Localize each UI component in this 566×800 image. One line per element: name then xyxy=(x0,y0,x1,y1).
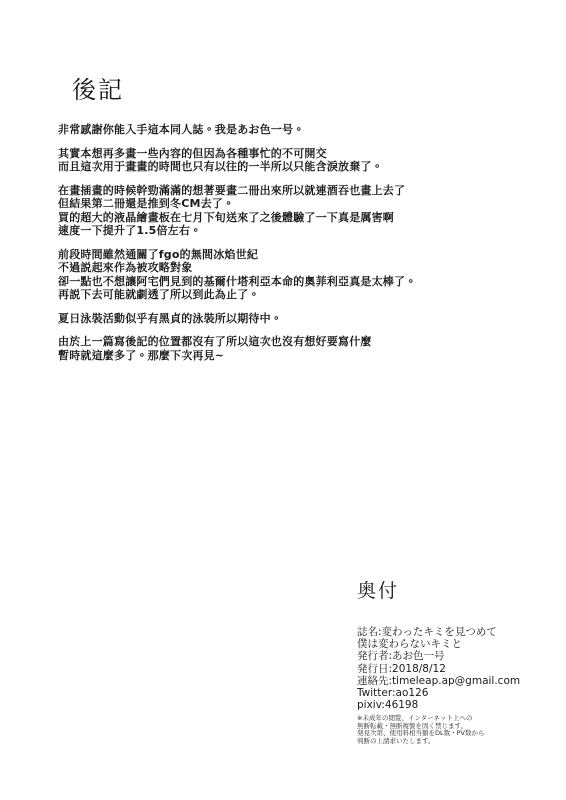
afterword-text-line: 再説下去可能就劇透了所以到此為止了。 xyxy=(58,288,260,301)
colophon-twitter-handle: Twitter:ao126 xyxy=(357,687,557,699)
afterword-text-line: 但結果第二冊還是推到冬CM去了。 xyxy=(58,197,234,210)
afterword-text-line: 卻一點也不想讓阿宅們見到的基爾什塔利亞本命的奧菲利亞真是太棒了。 xyxy=(58,275,416,288)
afterword-text-line: 暫時就這麼多了。那麼下次再見~ xyxy=(58,349,224,362)
colophon-copyright-notice: ※未成年の閲覧、インターネット上への 無断転載・無断複製を固く禁じます。 発見次… xyxy=(357,715,557,745)
afterword-text-line: 其實本想再多畫一些內容的但因為各種事忙的不可開交 xyxy=(58,147,327,160)
afterword-text-line: 由於上一篇寫後記的位置都沒有了所以這次也沒有想好要寫什麼 xyxy=(58,335,372,348)
afterword-paragraph: 在畫插畫的時候幹勁滿滿的想著要畫二冊出來所以就連酒吞也畫上去了 但結果第二冊還是… xyxy=(58,184,528,238)
afterword-text-line: 夏日泳裝活動似乎有黑貞的泳裝所以期待中。 xyxy=(58,312,282,325)
colophon-title: 奥付 xyxy=(357,579,557,603)
colophon-publisher: 発行者:あお色一号 xyxy=(357,650,557,662)
colophon-contact-email: 連絡先:timeleap.ap@gmail.com xyxy=(357,675,557,687)
afterword-paragraph: 由於上一篇寫後記的位置都沒有了所以這次也沒有想好要寫什麼 暫時就這麼多了。那麼下… xyxy=(58,335,528,362)
afterword-body: 非常感謝你能入手這本同人誌。我是あお色一号。 其實本想再多畫一些內容的但因為各種… xyxy=(58,123,528,362)
afterword-text-line: 非常感謝你能入手這本同人誌。我是あお色一号。 xyxy=(58,123,304,136)
afterword-text-line: 前段時間雖然通關了fgo的無間冰焰世紀 xyxy=(58,248,258,261)
colophon-book-title-line1: 誌名:変わったキミを見つめて xyxy=(357,626,557,638)
afterword-section: 後記 非常感謝你能入手這本同人誌。我是あお色一号。 其實本想再多畫一些內容的但因… xyxy=(58,76,528,372)
afterword-text-line: 而且這次用于畫畫的時間也只有以往的一半所以只能含淚放棄了。 xyxy=(58,160,383,173)
colophon-entries: 誌名:変わったキミを見つめて 僕は変わらないキミと 発行者:あお色一号 発行日:… xyxy=(357,626,557,711)
colophon-section: 奥付 誌名:変わったキミを見つめて 僕は変わらないキミと 発行者:あお色一号 発… xyxy=(357,579,557,745)
afterword-paragraph: 非常感謝你能入手這本同人誌。我是あお色一号。 xyxy=(58,123,528,137)
afterword-paragraph: 夏日泳裝活動似乎有黑貞的泳裝所以期待中。 xyxy=(58,312,528,326)
colophon-pixiv-id: pixiv:46198 xyxy=(357,699,557,711)
afterword-paragraph: 前段時間雖然通關了fgo的無間冰焰世紀 不過説起來作為被攻略對象 卻一點也不想讓… xyxy=(58,248,528,302)
afterword-text-line: 不過説起來作為被攻略對象 xyxy=(58,261,192,274)
afterword-text-line: 在畫插畫的時候幹勁滿滿的想著要畫二冊出來所以就連酒吞也畫上去了 xyxy=(58,184,405,197)
afterword-page: 後記 非常感謝你能入手這本同人誌。我是あお色一号。 其實本想再多畫一些內容的但因… xyxy=(0,0,566,800)
colophon-publish-date: 発行日:2018/8/12 xyxy=(357,663,557,675)
notice-line: 判断の上請求いたします。 xyxy=(357,738,557,745)
afterword-text-line: 買的超大的液晶繪畫板在七月下旬送來了之後體驗了一下真是厲害啊 xyxy=(58,211,394,224)
colophon-book-title-line2: 僕は変わらないキミと xyxy=(357,638,557,650)
afterword-text-line: 速度一下提升了1.5倍左右。 xyxy=(58,224,201,237)
afterword-title: 後記 xyxy=(72,76,528,105)
afterword-paragraph: 其實本想再多畫一些內容的但因為各種事忙的不可開交 而且這次用于畫畫的時間也只有以… xyxy=(58,147,528,174)
